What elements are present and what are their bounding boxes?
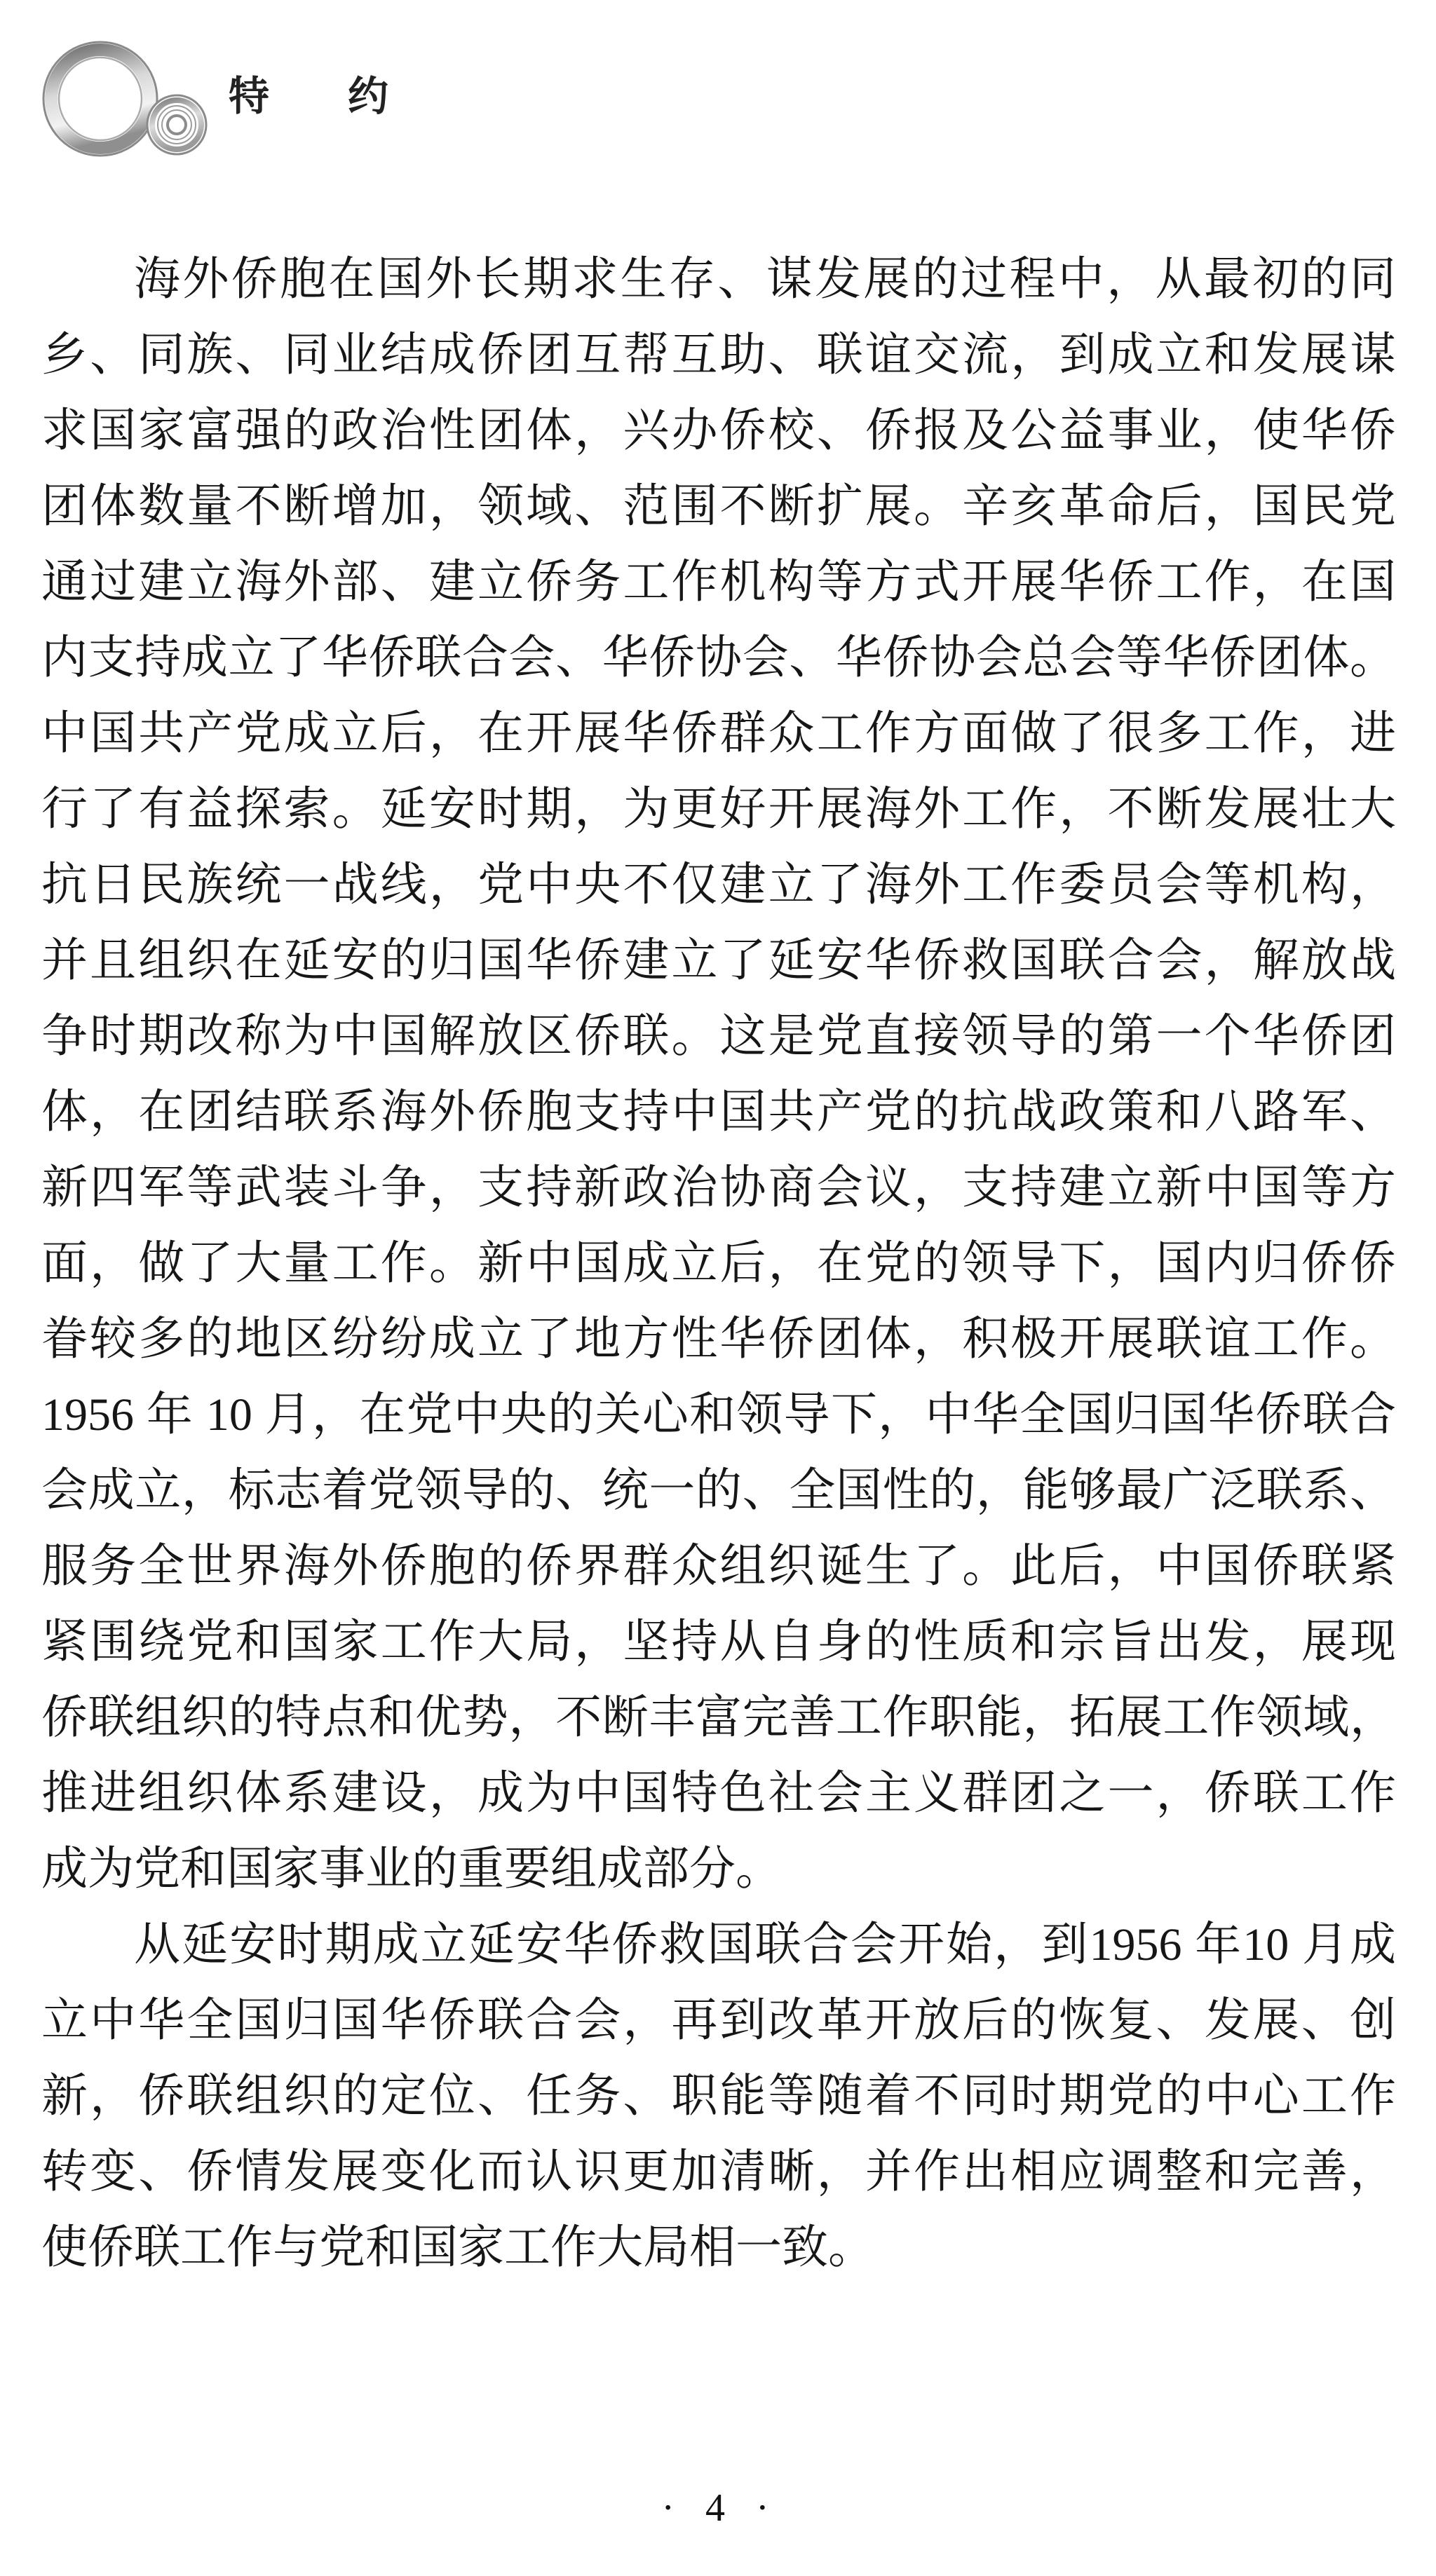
text-line: 推进组织体系建设，成为中国特色社会主义群团之一，侨联工作 [41,1756,1396,1832]
text-line: 立中华全国归国华侨联合会，再到改革开放后的恢复、发展、创 [41,1983,1396,2059]
page-header: 特 约 [0,0,1436,210]
page-footer: · 4 · [0,2483,1436,2533]
text-line: 会成立，标志着党领导的、统一的、全国性的，能够最广泛联系、 [41,1453,1396,1529]
text-line: 抗日民族统一战线，党中央不仅建立了海外工作委员会等机构， [41,847,1396,923]
text-line: 行了有益探索。延安时期，为更好开展海外工作，不断发展壮大 [41,772,1396,847]
text-line: 面，做了大量工作。新中国成立后，在党的领导下，国内归侨侨 [41,1226,1396,1302]
text-line: 1956 年 10 月，在党中央的关心和领导下，中华全国归国华侨联合 [41,1377,1396,1453]
text-line: 并且组织在延安的归国华侨建立了延安华侨救国联合会，解放战 [41,923,1396,999]
text-line: 新，侨联组织的定位、任务、职能等随着不同时期党的中心工作 [41,2059,1396,2134]
paragraph: 海外侨胞在国外长期求生存、谋发展的过程中，从最初的同 乡、同族、同业结成侨团互帮… [41,242,1396,1907]
text-line: 使侨联工作与党和国家工作大局相一致。 [41,2210,1396,2286]
text-line: 海外侨胞在国外长期求生存、谋发展的过程中，从最初的同 [41,242,1396,318]
text-line: 新四军等武装斗争，支持新政治协商会议，支持建立新中国等方 [41,1150,1396,1226]
two-rings-logo-icon [39,36,215,166]
paragraph: 从延安时期成立延安华侨救国联合会开始，到1956 年10 月成 立中华全国归国华… [41,1907,1396,2286]
text-line: 乡、同族、同业结成侨团互帮互助、联谊交流，到成立和发展谋 [41,318,1396,393]
text-line: 转变、侨情发展变化而认识更加清晰，并作出相应调整和完善， [41,2134,1396,2210]
text-line: 通过建立海外部、建立侨务工作机构等方式开展华侨工作，在国 [41,545,1396,620]
text-line: 侨联组织的特点和优势，不断丰富完善工作职能，拓展工作领域， [41,1680,1396,1756]
text-line: 成为党和国家事业的重要组成部分。 [41,1832,1396,1907]
text-line: 眷较多的地区纷纷成立了地方性华侨团体，积极开展联谊工作。 [41,1302,1396,1377]
scanned-book-page: 特 约 海外侨胞在国外长期求生存、谋发展的过程中，从最初的同 乡、同族、同业结成… [0,0,1436,2576]
text-line: 体，在团结联系海外侨胞支持中国共产党的抗战政策和八路军、 [41,1075,1396,1150]
text-line: 求国家富强的政治性团体，兴办侨校、侨报及公益事业，使华侨 [41,393,1396,469]
page-body: 海外侨胞在国外长期求生存、谋发展的过程中，从最初的同 乡、同族、同业结成侨团互帮… [41,242,1396,2286]
text-line: 争时期改称为中国解放区侨联。这是党直接领导的第一个华侨团 [41,999,1396,1075]
page-number: · 4 · [661,2486,774,2530]
text-line: 中国共产党成立后，在开展华侨群众工作方面做了很多工作，进 [41,696,1396,772]
section-tag: 特 约 [229,71,388,121]
section-tag-char: 约 [348,71,388,121]
text-line: 内支持成立了华侨联合会、华侨协会、华侨协会总会等华侨团体。 [41,620,1396,696]
text-line: 团体数量不断增加，领域、范围不断扩展。辛亥革命后，国民党 [41,469,1396,545]
text-line: 服务全世界海外侨胞的侨界群众组织诞生了。此后，中国侨联紧 [41,1529,1396,1604]
text-line: 紧围绕党和国家工作大局，坚持从自身的性质和宗旨出发，展现 [41,1604,1396,1680]
text-line: 从延安时期成立延安华侨救国联合会开始，到1956 年10 月成 [41,1907,1396,1983]
section-tag-char: 特 [229,71,269,121]
